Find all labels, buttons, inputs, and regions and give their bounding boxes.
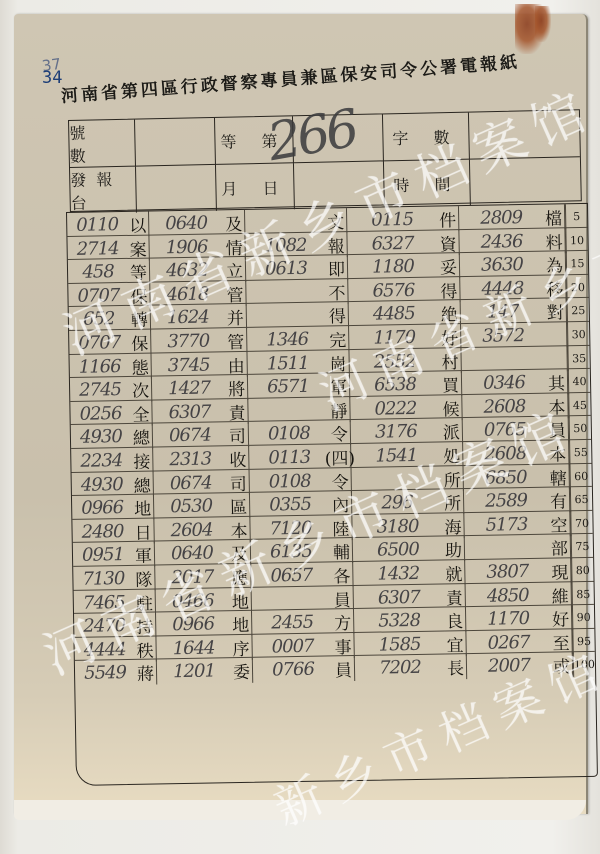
code-group: 4485: [349, 301, 439, 328]
code-group: 2589: [464, 488, 548, 514]
code-group: 0113: [249, 444, 329, 470]
chinese-char: 移: [544, 275, 566, 300]
chinese-char: 即: [326, 255, 348, 280]
code-group: 2608: [463, 441, 547, 467]
code-group: 1585: [354, 631, 444, 658]
label-word-count: 字 數: [383, 113, 470, 162]
code-group: 1541: [351, 442, 441, 469]
chinese-char: 妥: [438, 253, 460, 278]
code-group: 0115: [347, 207, 437, 234]
chinese-char: 完: [327, 326, 349, 351]
char-count: 20: [566, 275, 588, 300]
chinese-char: 就: [443, 560, 465, 585]
code-group: 0108: [249, 421, 329, 447]
chinese-char: 隊: [133, 565, 155, 590]
chinese-char: 本: [228, 517, 250, 542]
code-group: 6327: [347, 230, 437, 257]
code-group: 3770: [151, 328, 225, 354]
char-count: 30: [567, 322, 589, 347]
chinese-char: 情: [223, 233, 245, 258]
chinese-char: 其: [546, 369, 568, 394]
chinese-char: 有: [548, 487, 570, 512]
code-group: 1082: [245, 232, 325, 258]
code-group: 0640: [149, 210, 223, 236]
chinese-char: 立: [224, 257, 246, 282]
chinese-char: [545, 322, 567, 347]
code-group: 1180: [348, 254, 438, 281]
code-group: 0966: [72, 495, 132, 521]
chinese-char: 責: [444, 584, 466, 609]
code-group: 0766: [253, 657, 333, 683]
code-group: 2745: [70, 377, 130, 403]
char-count: 95: [572, 629, 594, 654]
chinese-char: 委: [231, 658, 253, 683]
code-group: 1427: [152, 375, 226, 401]
code-group: 4930: [72, 471, 132, 497]
chinese-char: 村: [439, 348, 461, 373]
char-count: 15: [566, 251, 588, 276]
chinese-char: 良: [444, 607, 466, 632]
telegram-code-grid: 0110以0640及文0115件2809檔52714案1906情1082報632…: [66, 203, 598, 786]
chinese-char: 由: [225, 351, 247, 376]
code-group: 4444: [74, 637, 134, 663]
code-group: [461, 346, 545, 372]
code-group: 7130: [73, 566, 133, 592]
chinese-char: 或: [551, 653, 573, 678]
chinese-char: 資: [437, 230, 459, 255]
chinese-char: 絶: [439, 301, 461, 326]
chinese-char: 所: [441, 466, 463, 491]
chinese-char: 并: [225, 304, 247, 329]
code-group: 1644: [156, 635, 230, 661]
chinese-char: 好: [439, 324, 461, 349]
code-group: [245, 208, 325, 234]
code-group: 2480: [72, 519, 132, 545]
chinese-char: 得: [438, 277, 460, 302]
chinese-char: 部: [549, 535, 571, 560]
chinese-char: [545, 346, 567, 371]
char-count: 65: [570, 487, 592, 512]
code-group: 2552: [349, 348, 439, 375]
chinese-char: 持: [134, 613, 156, 638]
code-group: 6307: [152, 399, 226, 425]
code-group: 0966: [156, 611, 230, 637]
chinese-char: 內: [330, 491, 352, 516]
code-group: 3176: [351, 419, 441, 446]
code-group: 1511: [247, 350, 327, 376]
chinese-char: 海: [442, 513, 464, 538]
chinese-char: 現: [549, 558, 571, 583]
code-group: 2234: [71, 448, 131, 474]
code-group: 7120: [250, 515, 330, 541]
label-serial-number: 號 數: [69, 120, 136, 168]
rust-stain: [535, 6, 551, 42]
chinese-char: 及: [229, 540, 251, 565]
chinese-char: 陸: [330, 515, 352, 540]
code-group: 3807: [465, 559, 549, 585]
chinese-char: (四): [329, 444, 351, 469]
code-group: 4448: [460, 275, 544, 301]
code-group: 147: [461, 299, 545, 325]
code-group: 1906: [149, 234, 223, 260]
chinese-char: 候: [440, 395, 462, 420]
code-group: 0640: [155, 541, 229, 567]
code-group: 0674: [153, 423, 227, 449]
chinese-char: 應: [229, 564, 251, 589]
char-count: 50: [569, 416, 591, 441]
code-group: 0256: [70, 401, 130, 427]
chinese-char: 轄: [547, 464, 569, 489]
serial-number-value: [135, 118, 216, 167]
chinese-char: 檔: [543, 204, 565, 229]
chinese-char: 等: [128, 259, 150, 284]
code-group: 2017: [155, 564, 229, 590]
chinese-char: 秩: [134, 636, 156, 661]
chinese-char: 責: [226, 399, 248, 424]
chinese-char: 轉: [129, 306, 151, 331]
char-count: 85: [572, 581, 594, 606]
code-group: [352, 466, 442, 493]
char-count: 75: [571, 534, 593, 559]
code-group: 3630: [460, 252, 544, 278]
char-count: 5: [565, 204, 587, 229]
code-group: 7202: [355, 655, 445, 682]
chinese-char: 司: [227, 422, 249, 447]
chinese-char: 地: [230, 587, 252, 612]
code-group: 2608: [462, 393, 546, 419]
chinese-char: 輔: [331, 538, 353, 563]
chinese-char: 本: [546, 393, 568, 418]
paper-bottom-edge: [14, 800, 586, 820]
code-group: 2455: [252, 610, 332, 636]
code-group: 1170: [466, 606, 550, 632]
code-group: 7465: [74, 589, 134, 615]
code-group: 5328: [354, 608, 444, 635]
chinese-char: 報: [325, 232, 347, 257]
code-group: 5549: [75, 660, 135, 686]
chinese-char: 將: [226, 375, 248, 400]
code-group: 0108: [250, 468, 330, 494]
chinese-char: 管: [225, 328, 247, 353]
code-group: 4632: [150, 257, 224, 283]
code-group: 0530: [154, 493, 228, 519]
chinese-char: 總: [132, 471, 154, 496]
sending-station-value: [136, 165, 217, 213]
chinese-char: 軍: [328, 373, 350, 398]
code-group: 0707: [69, 330, 129, 356]
chinese-char: 全: [130, 400, 152, 425]
chinese-char: 態: [129, 353, 151, 378]
chinese-char: 以: [127, 212, 149, 237]
code-group: 3180: [352, 513, 442, 540]
code-group: 2313: [153, 446, 227, 472]
code-group: 2007: [467, 653, 551, 679]
code-group: 0466: [156, 588, 230, 614]
char-count: 60: [569, 463, 591, 488]
code-group: 3745: [151, 352, 225, 378]
code-group: 6576: [348, 277, 438, 304]
chinese-char: 及: [223, 210, 245, 235]
chinese-char: 各: [331, 562, 353, 587]
code-group: [248, 397, 328, 423]
chinese-char: 接: [131, 447, 153, 472]
time-value: [470, 157, 581, 205]
char-count: 35: [567, 345, 589, 370]
chinese-char: 區: [228, 493, 250, 518]
code-group: [246, 279, 326, 305]
code-group: 0674: [154, 470, 228, 496]
label-sending-station: 發報台: [70, 167, 137, 214]
chinese-char: 案: [127, 235, 149, 260]
chinese-char: 地: [132, 495, 154, 520]
label-time: 時 間: [384, 160, 471, 208]
chinese-char: 宜: [444, 631, 466, 656]
code-group: 4850: [466, 582, 550, 608]
code-group: 6538: [350, 372, 440, 399]
chinese-char: 件: [437, 206, 459, 231]
chinese-char: 為: [544, 251, 566, 276]
chinese-char: 收: [227, 446, 249, 471]
chinese-char: 崗: [327, 350, 349, 375]
char-count: 40: [568, 369, 590, 394]
chinese-char: 助: [443, 536, 465, 561]
char-count: 80: [571, 558, 593, 583]
code-group: 0657: [251, 562, 331, 588]
chinese-char: 員: [547, 417, 569, 442]
code-group: 5173: [464, 511, 548, 537]
code-group: 2714: [67, 236, 127, 262]
chinese-char: 保: [129, 330, 151, 355]
char-count: 70: [570, 511, 592, 536]
char-count: 25: [567, 298, 589, 323]
chinese-char: 空: [548, 511, 570, 536]
chinese-char: 員: [333, 656, 355, 681]
code-group: 1432: [353, 560, 443, 587]
code-group: 0222: [350, 395, 440, 422]
code-group: 3572: [461, 323, 545, 349]
chinese-char: 長: [445, 654, 467, 679]
chinese-char: 文: [325, 208, 347, 233]
chinese-char: 至: [550, 629, 572, 654]
chinese-char: 總: [131, 424, 153, 449]
chinese-char: 軍: [133, 542, 155, 567]
chinese-char: 買: [440, 371, 462, 396]
code-group: 6135: [251, 539, 331, 565]
code-group: 0110: [67, 212, 127, 238]
chinese-char: 本: [547, 440, 569, 465]
chinese-char: 對: [545, 299, 567, 324]
code-group: 6571: [248, 374, 328, 400]
code-group: 0613: [246, 256, 326, 282]
chinese-char: 司: [228, 469, 250, 494]
chinese-char: 維: [550, 582, 572, 607]
code-group: 1166: [69, 353, 129, 379]
code-group: 4930: [71, 424, 131, 450]
char-count: 100: [573, 652, 595, 677]
code-group: 1201: [157, 658, 231, 684]
code-group: 2604: [154, 517, 228, 543]
word-count-value: [469, 110, 580, 159]
code-group: 2436: [459, 228, 543, 254]
chinese-char: 地: [230, 611, 252, 636]
code-group: 4618: [150, 281, 224, 307]
code-group: 6307: [354, 584, 444, 611]
code-group: 0267: [466, 629, 550, 655]
code-group: 1624: [151, 305, 225, 331]
code-group: 6850: [463, 464, 547, 490]
code-group: 652: [69, 306, 129, 332]
code-group: 6500: [353, 537, 443, 564]
char-count: 45: [568, 393, 590, 418]
chinese-char: 方: [332, 609, 354, 634]
chinese-char: 料: [543, 228, 565, 253]
chinese-char: 日: [132, 518, 154, 543]
char-count: 55: [569, 440, 591, 465]
chinese-char: 事: [332, 633, 354, 658]
chinese-char: 員: [332, 586, 354, 611]
chinese-char: 好: [550, 605, 572, 630]
chinese-char: 不: [326, 279, 348, 304]
code-group: 2470: [74, 613, 134, 639]
chinese-char: 序: [230, 634, 252, 659]
code-group: 0007: [252, 633, 332, 659]
chinese-char: 処: [441, 442, 463, 467]
code-group: [247, 303, 327, 329]
code-group: 0355: [250, 492, 330, 518]
chinese-char: 靜: [328, 397, 350, 422]
code-group: 0765: [463, 417, 547, 443]
code-group: 1346: [247, 326, 327, 352]
chinese-char: 令: [330, 468, 352, 493]
chinese-char: 蔣: [135, 660, 157, 685]
code-group: [252, 586, 332, 612]
code-group: 2809: [459, 205, 543, 231]
char-count: 90: [572, 605, 594, 630]
code-group: 0707: [68, 283, 128, 309]
chinese-char: 保: [128, 282, 150, 307]
chinese-char: 所: [442, 489, 464, 514]
code-group: [465, 535, 549, 561]
month-day-value: [294, 161, 385, 209]
code-group: 296: [352, 490, 442, 517]
code-group: 0346: [462, 370, 546, 396]
char-count: 10: [565, 227, 587, 252]
chinese-char: 令: [329, 420, 351, 445]
chinese-char: 駐: [134, 589, 156, 614]
code-group: 458: [68, 259, 128, 285]
chinese-char: 管: [224, 281, 246, 306]
code-group: 1170: [349, 324, 439, 351]
chinese-char: 派: [441, 418, 463, 443]
chinese-char: 得: [327, 302, 349, 327]
chinese-char: 次: [130, 377, 152, 402]
code-group: 0951: [73, 542, 133, 568]
